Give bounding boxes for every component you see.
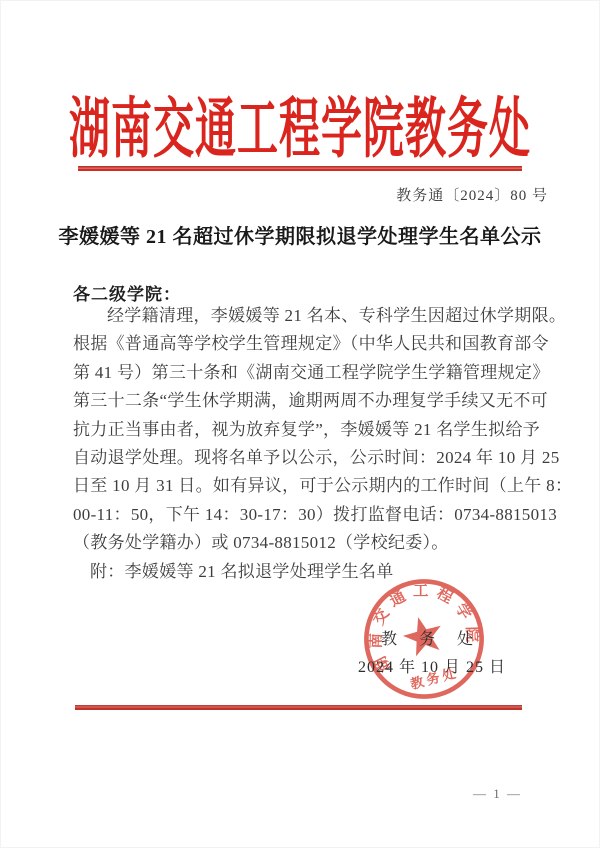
body-line: 日至 10 月 31 日。如有异议，可于公示期内的工作时间（上午 8： [73, 472, 551, 500]
body-line: 抗力正当事由者，视为放弃复学”，李媛媛等 21 名学生拟给予 [73, 416, 551, 444]
body-text: 经学籍清理，李媛媛等 21 名本、专科学生因超过休学期限。 根据《普通高等学校学… [73, 302, 551, 586]
doc-title: 李媛媛等 21 名超过休学期限拟退学处理学生名单公示 [0, 220, 600, 249]
body-line: 经学籍清理，李媛媛等 21 名本、专科学生因超过休学期限。 [73, 302, 551, 330]
letterhead-rule [78, 166, 522, 171]
signature-department: 教 务 处 [381, 626, 482, 649]
body-line: 00-11：50，下午 14：30-17：30）拨打监督电话：0734-8815… [73, 501, 551, 529]
doc-number: 教务通〔2024〕80 号 [396, 184, 548, 205]
body-line: 第 41 号）第三十条和《湖南交通工程学院学生学籍管理规定》 [73, 359, 551, 387]
letterhead-title: 湖南交通工程学院教务处 [0, 76, 600, 170]
footer-rule [75, 705, 522, 710]
body-line: （教务处学籍办）或 0734-8815012（学校纪委）。 [73, 529, 551, 557]
body-line: 自动退学处理。现将名单予以公示，公示时间：2024 年 10 月 25 [73, 444, 551, 472]
signature-date: 2024 年 10 月 25 日 [358, 654, 506, 677]
document-page: 湖南交通工程学院教务处 教务通〔2024〕80 号 李媛媛等 21 名超过休学期… [0, 0, 600, 848]
page-number: — 1 — [473, 786, 522, 802]
body-line: 第三十二条“学生休学期满，逾期两周不办理复学手续又无不可 [73, 387, 551, 415]
body-line: 根据《普通高等学校学生管理规定》（中华人民共和国教育部令 [73, 330, 551, 358]
